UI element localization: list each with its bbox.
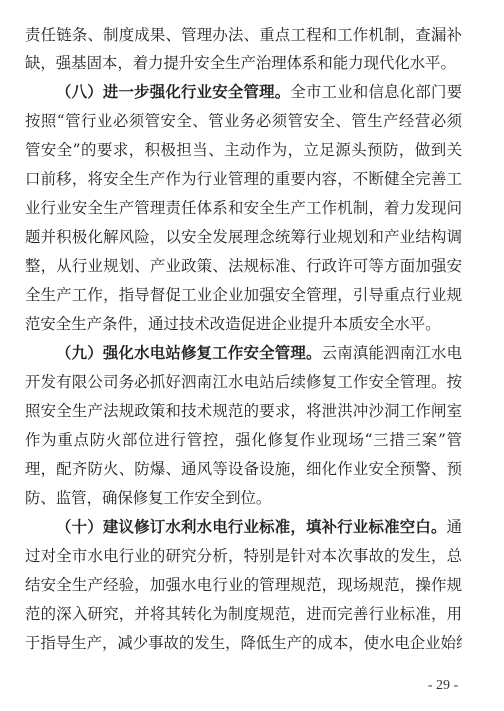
document-page: 责任链条、制度成果、管理办法、重点工程和工作机制，查漏补 缺，强基固本，着力提升… — [0, 0, 504, 711]
section-10-text: 通 — [447, 518, 462, 536]
section-9-heading-line: （九）强化水电站修复工作安全管理。云南滇能泗南江水电 — [56, 339, 462, 368]
section-9-text: 云南滇能泗南江水电 — [322, 344, 462, 362]
text-line-7: 业行业安全生产管理责任体系和安全生产工作机制，着力发现问 — [25, 194, 462, 223]
text-line-14: 照安全生产法规政策和技术规范的要求，将泄洪冲沙洞工作闸室 — [25, 397, 462, 426]
section-8-heading: （八）进一步强化行业安全管理。 — [56, 83, 290, 101]
section-8-heading-line: （八）进一步强化行业安全管理。全市工业和信息化部门要 — [56, 78, 462, 107]
section-8-text: 全市工业和信息化部门要 — [290, 83, 462, 101]
section-10-heading: （十）建议修订水利水电行业标准，填补行业标准空白。 — [56, 518, 447, 536]
text-line-22: 于指导生产，减少事故的发生，降低生产的成本，使水电企业始终 — [25, 629, 462, 658]
text-line-20: 结安全生产经验，加强水电行业的管理规范，现场规范，操作规 — [25, 571, 462, 600]
text-line-2: 缺，强基固本，着力提升安全生产治理体系和能力现代化水平。 — [25, 49, 462, 78]
text-line-4: 按照“管行业必须管安全、管业务必须管安全、管生产经营必须 — [25, 107, 462, 136]
text-line-15: 作为重点防火部位进行管控，强化修复作业现场“三措三案”管 — [25, 426, 462, 455]
text-line-13: 开发有限公司务必抓好泗南江水电站后续修复工作安全管理。按 — [25, 368, 462, 397]
text-line-17: 防、监管，确保修复工作安全到位。 — [25, 484, 462, 513]
text-line-6: 口前移，将安全生产作为行业管理的重要内容，不断健全完善工 — [25, 165, 462, 194]
page-number: - 29 - — [418, 676, 468, 696]
section-9-heading: （九）强化水电站修复工作安全管理。 — [56, 344, 322, 362]
text-line-10: 全生产工作，指导督促工业企业加强安全管理，引导重点行业规 — [25, 281, 462, 310]
text-line-16: 理，配齐防火、防爆、通风等设备设施，细化作业安全预警、预 — [25, 455, 462, 484]
text-line-9: 整，从行业规划、产业政策、法规标准、行政许可等方面加强安 — [25, 252, 462, 281]
text-line-11: 范安全生产条件，通过技术改造促进企业提升本质安全水平。 — [25, 310, 462, 339]
text-line-21: 范的深入研究，并将其转化为制度规范，进而完善行业标准，用 — [25, 600, 462, 629]
text-line-19: 过对全市水电行业的研究分析，特别是针对本次事故的发生，总 — [25, 542, 462, 571]
section-10-heading-line: （十）建议修订水利水电行业标准，填补行业标准空白。通 — [56, 513, 462, 542]
text-line-8: 题并积极化解风险，以安全发展理念统筹行业规划和产业结构调 — [25, 223, 462, 252]
text-line-5: 管安全”的要求，积极担当、主动作为，立足源头预防，做到关 — [25, 136, 462, 165]
text-line-1: 责任链条、制度成果、管理办法、重点工程和工作机制，查漏补 — [25, 21, 462, 50]
